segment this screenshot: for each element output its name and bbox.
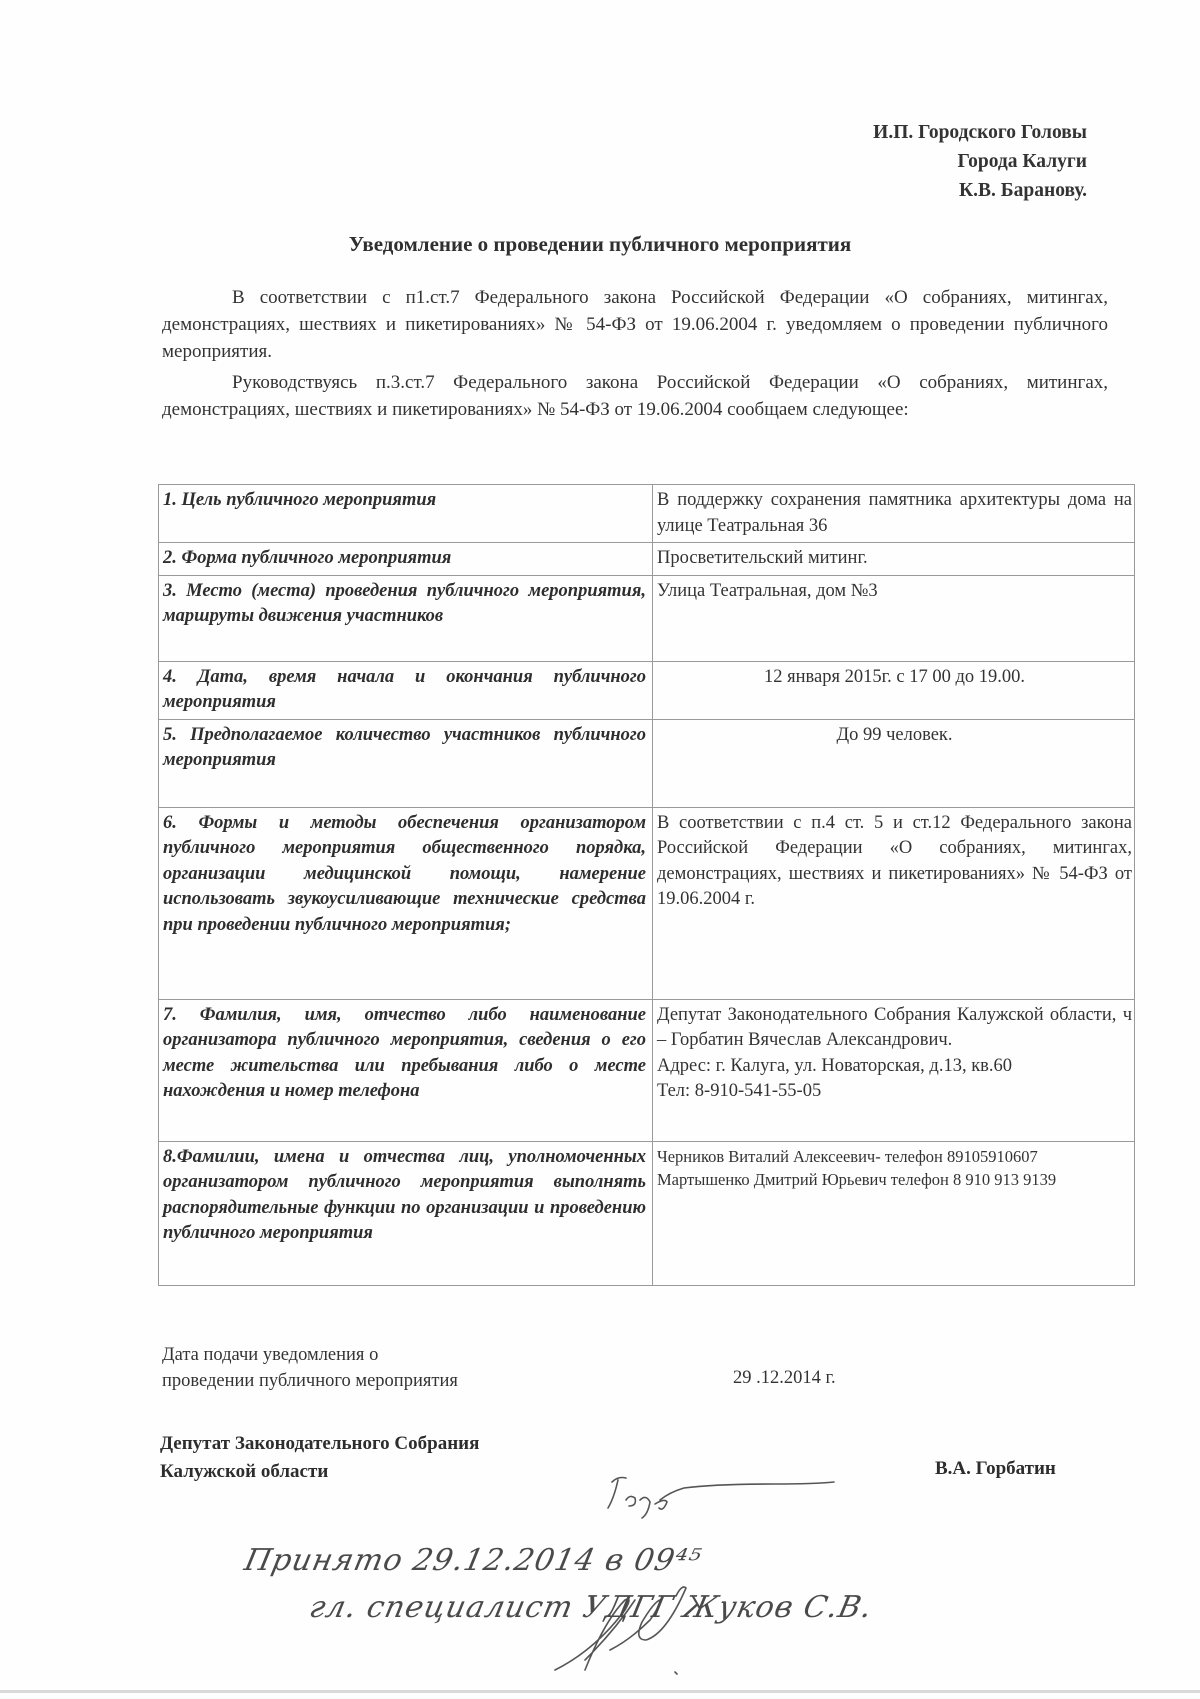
- document-page: И.П. Городского Головы Города Калуги К.В…: [0, 0, 1200, 1699]
- handwritten-receiver-note: гл. специалист УДГГ Жуков С.В.: [306, 1590, 875, 1625]
- organizer-address: Адрес: г. Калуга, ул. Новаторская, д.13,…: [657, 1054, 1132, 1080]
- row-label: 7. Фамилия, имя, отчество либо наименова…: [159, 999, 653, 1141]
- row-label: 5. Предполагаемое количество участников …: [159, 719, 653, 807]
- signatory-position: Депутат Законодательного Собрания Калужс…: [160, 1430, 479, 1486]
- row-value: Улица Театральная, дом №3: [653, 575, 1135, 661]
- scan-edge: [0, 1690, 1200, 1693]
- intro-paragraph-2: Руководствуясь п.3.ст.7 Федерального зак…: [162, 369, 1108, 423]
- row-label: 2. Форма публичного мероприятия: [159, 543, 653, 576]
- organizer-phone: Тел: 8-910-541-55-05: [657, 1079, 1132, 1105]
- row-value: Депутат Законодательного Собрания Калужс…: [653, 999, 1135, 1141]
- row-value: Просветительский митинг.: [653, 543, 1135, 576]
- authorized-person-2: Мартышенко Дмитрий Юрьевич телефон 8 910…: [657, 1168, 1132, 1191]
- table-row: 7. Фамилия, имя, отчество либо наименова…: [159, 999, 1135, 1141]
- handwritten-acceptance-note: Принято 29.12.2014 в 09⁴⁵: [241, 1543, 704, 1578]
- submission-label-line-2: проведении публичного мероприятия: [162, 1368, 458, 1394]
- submission-label-line-1: Дата подачи уведомления о: [162, 1342, 458, 1368]
- signatory-position-line-2: Калужской области: [160, 1458, 479, 1486]
- authorized-person-1: Черников Виталий Алексеевич- телефон 891…: [657, 1145, 1132, 1168]
- table-row: 4. Дата, время начала и окончания публич…: [159, 661, 1135, 719]
- row-label: 3. Место (места) проведения публичного м…: [159, 575, 653, 661]
- intro-paragraph-1: В соответствии с п1.ст.7 Федерального за…: [162, 284, 1108, 365]
- row-label: 4. Дата, время начала и окончания публич…: [159, 661, 653, 719]
- intro-paragraph-1-text: В соответствии с п1.ст.7 Федерального за…: [162, 284, 1108, 365]
- table-row: 1. Цель публичного мероприятия В поддерж…: [159, 485, 1135, 543]
- event-info-table: 1. Цель публичного мероприятия В поддерж…: [158, 484, 1135, 1286]
- signatory-position-line-1: Депутат Законодательного Собрания: [160, 1430, 479, 1458]
- row-label: 6. Формы и методы обеспечения организато…: [159, 807, 653, 999]
- table-row: 6. Формы и методы обеспечения организато…: [159, 807, 1135, 999]
- addressee-line-2: Города Калуги: [873, 147, 1087, 176]
- signatory-name: В.А. Горбатин: [935, 1458, 1056, 1480]
- submission-date: 29 .12.2014 г.: [733, 1368, 836, 1389]
- row-label: 1. Цель публичного мероприятия: [159, 485, 653, 543]
- addressee-block: И.П. Городского Головы Города Калуги К.В…: [873, 118, 1087, 205]
- submission-label: Дата подачи уведомления о проведении пуб…: [162, 1342, 458, 1394]
- table-row: 3. Место (места) проведения публичного м…: [159, 575, 1135, 661]
- table-row: 8.Фамилии, имена и отчества лиц, уполном…: [159, 1141, 1135, 1285]
- intro-paragraph-2-text: Руководствуясь п.3.ст.7 Федерального зак…: [162, 369, 1108, 423]
- table-row: 5. Предполагаемое количество участников …: [159, 719, 1135, 807]
- signature-upper-icon: [608, 1478, 834, 1519]
- addressee-line-1: И.П. Городского Головы: [873, 118, 1087, 147]
- table-row: 2. Форма публичного мероприятия Просвети…: [159, 543, 1135, 576]
- row-value: В соответствии с п.4 ст. 5 и ст.12 Федер…: [653, 807, 1135, 999]
- row-value: Черников Виталий Алексеевич- телефон 891…: [653, 1141, 1135, 1285]
- row-value: В поддержку сохранения памятника архитек…: [653, 485, 1135, 543]
- row-value: 12 января 2015г. с 17 00 до 19.00.: [653, 661, 1135, 719]
- organizer-name: Депутат Законодательного Собрания Калужс…: [657, 1003, 1132, 1054]
- row-value: До 99 человек.: [653, 719, 1135, 807]
- row-label: 8.Фамилии, имена и отчества лиц, уполном…: [159, 1141, 653, 1285]
- document-title: Уведомление о проведении публичного меро…: [0, 232, 1200, 257]
- addressee-line-3: К.В. Баранову.: [873, 176, 1087, 205]
